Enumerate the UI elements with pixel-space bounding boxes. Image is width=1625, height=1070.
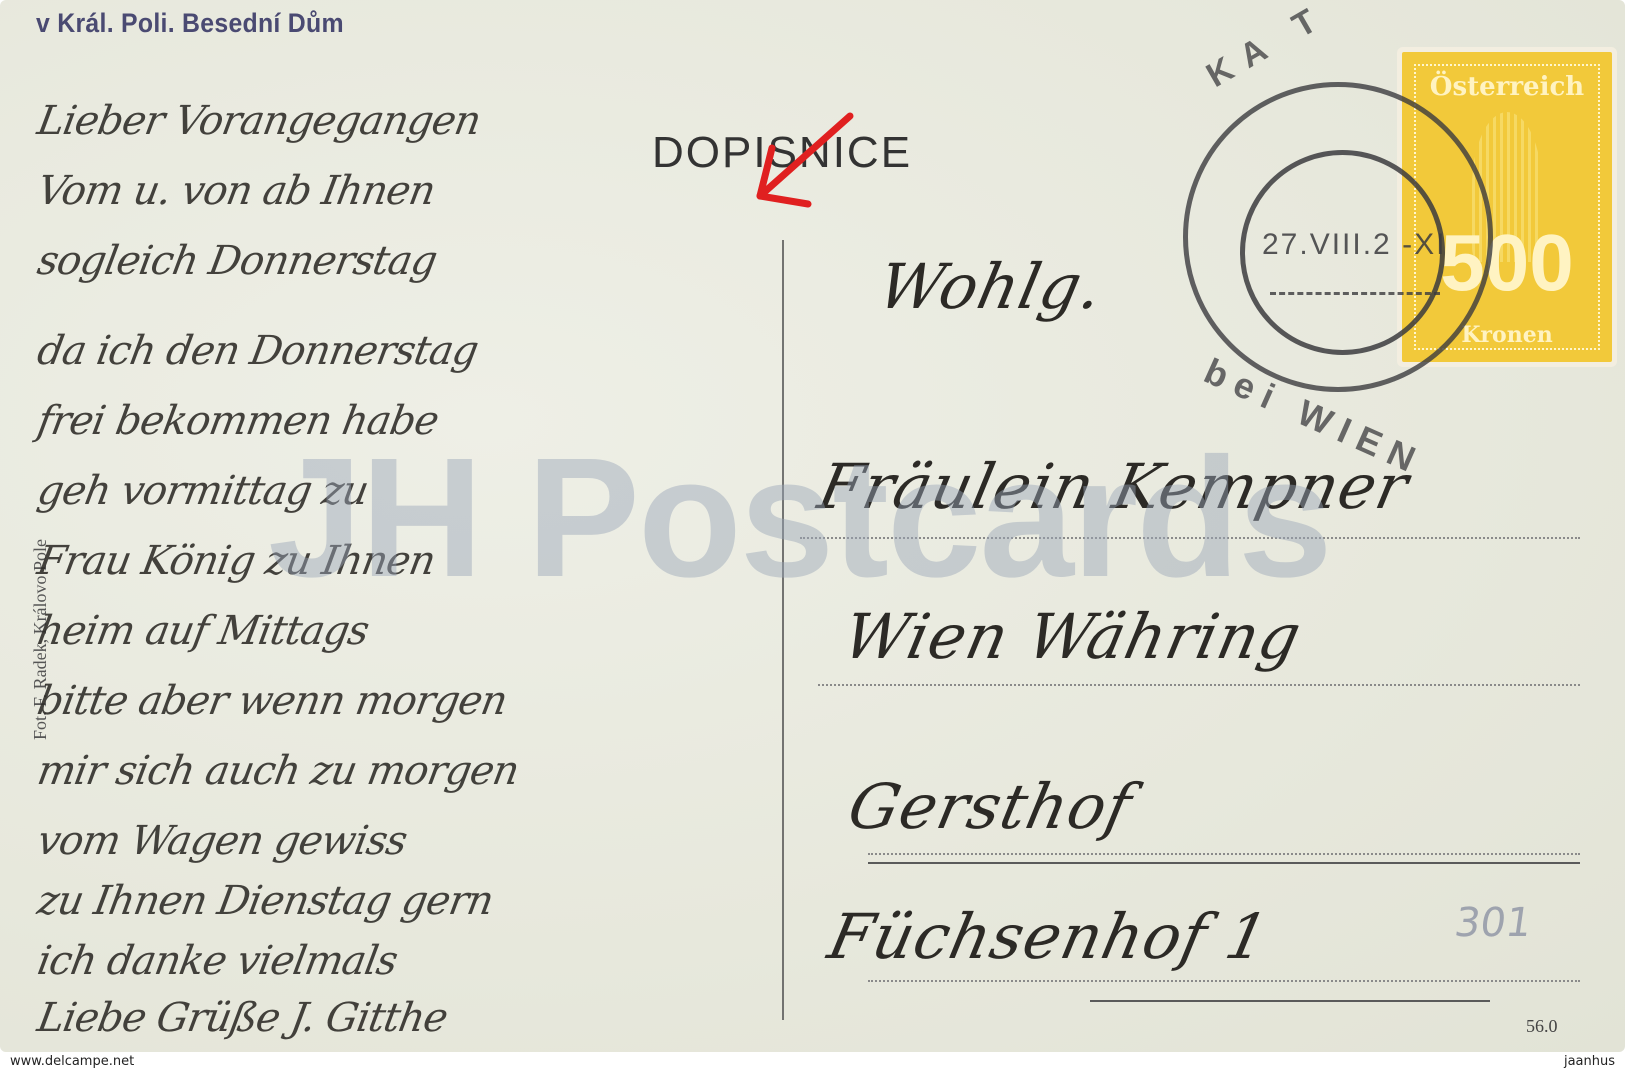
- publisher-stamp: v Král. Poli. Besední Dům: [36, 8, 344, 39]
- message-line: vom Wagen gewiss: [34, 818, 410, 864]
- message-line: da ich den Donnerstag: [34, 328, 481, 374]
- message-line: ich danke vielmals: [34, 938, 401, 984]
- address-rule-3: [868, 853, 1580, 855]
- message-address-divider: [782, 240, 784, 1020]
- stamp-country: Österreich: [1402, 72, 1612, 102]
- source-watermark-left: www.delcampe.net: [10, 1054, 134, 1069]
- postmark-date: 27.VIII.2 -XI: [1262, 228, 1446, 262]
- print-code: 56.0: [1526, 1016, 1558, 1037]
- postcard: v Král. Poli. Besední Dům DOPISNICE Fot.…: [0, 0, 1625, 1052]
- message-line: zu Ihnen Dienstag gern: [34, 878, 496, 924]
- address-street: Füchsenhof 1: [822, 900, 1275, 973]
- address-underline-1: [868, 862, 1580, 864]
- pencil-note: 301: [1452, 900, 1535, 946]
- postmark-top-text: KA T: [1200, 0, 1336, 96]
- postmark-bar: [1270, 292, 1440, 295]
- source-watermark-right: jaanhus: [1564, 1054, 1615, 1069]
- address-rule-2: [818, 684, 1580, 686]
- message-line: Liebe Grüße J. Gitthe: [34, 995, 451, 1041]
- red-arrow-icon: [740, 108, 860, 218]
- address-rule-4: [868, 980, 1580, 982]
- address-salutation: Wohlg.: [872, 250, 1110, 323]
- message-line: sogleich Donnerstag: [34, 238, 440, 284]
- message-line: mir sich auch zu morgen: [34, 748, 522, 794]
- message-line: bitte aber wenn morgen: [34, 678, 510, 724]
- address-underline-2: [1090, 1000, 1490, 1002]
- message-line: Vom u. von ab Ihnen: [34, 168, 438, 214]
- message-line: Lieber Vorangegangen: [34, 98, 484, 144]
- watermark: JH Postcards: [268, 420, 1331, 616]
- address-district: Gersthof: [842, 770, 1138, 843]
